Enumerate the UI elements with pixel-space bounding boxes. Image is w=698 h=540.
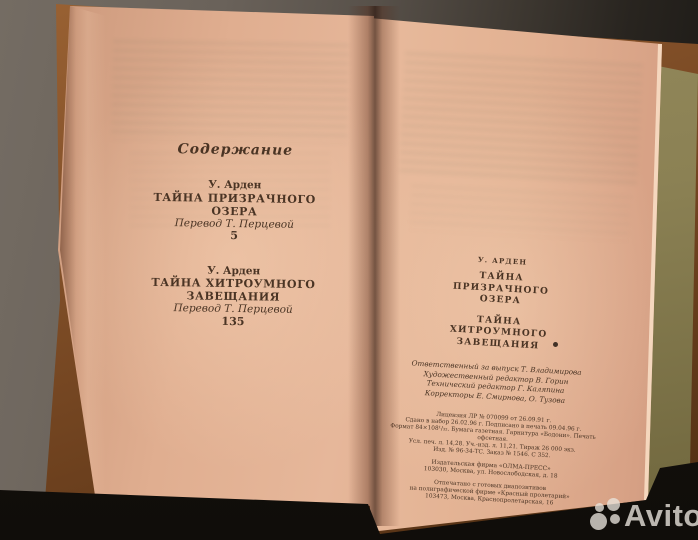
avito-logo-icon: [607, 498, 620, 511]
avito-logo-icon: [610, 514, 620, 524]
colophon: У. АРДЕН ТАЙНА ПРИЗРАЧНОГО ОЗЕРА ТАЙНА Х…: [376, 250, 616, 510]
toc-entry: У. Арден ТАЙНА ПРИЗРАЧНОГО ОЗЕРА Перевод…: [128, 178, 341, 244]
toc-entry-page-number: 135: [127, 314, 339, 329]
credits-block: Ответственный за выпуск Т. Владимирова Х…: [382, 357, 610, 408]
avito-watermark: Avito: [586, 496, 698, 540]
imprint-block: Лицензия ЛР № 070099 от 26.09.91 г. Сдан…: [379, 409, 607, 463]
book-photo: Содержание У. Арден ТАЙНА ПРИЗРАЧНОГО ОЗ…: [0, 0, 698, 540]
toc-heading: Содержание: [129, 141, 341, 160]
gutter-shadow: [348, 6, 400, 526]
toc-entry-page-number: 5: [128, 229, 340, 244]
toc-entry-title: ТАЙНА ПРИЗРАЧНОГО ОЗЕРА: [128, 190, 340, 219]
ink-speck: [553, 342, 558, 347]
avito-wordmark: Avito: [624, 498, 698, 534]
show-through-text: [111, 40, 349, 144]
book-title-testament: ТАЙНА ХИТРОУМНОГО ЗАВЕЩАНИЯ: [385, 309, 613, 356]
book-title-lake: ТАЙНА ПРИЗРАЧНОГО ОЗЕРА: [387, 266, 615, 313]
toc-entry-title: ТАЙНА ХИТРОУМНОГО ЗАВЕЩАНИЯ: [127, 276, 339, 305]
avito-logo-icon: [590, 513, 607, 530]
show-through-text: [399, 52, 643, 186]
toc-entry: У. Арден ТАЙНА ХИТРОУМНОГО ЗАВЕЩАНИЯ Пер…: [127, 263, 340, 329]
avito-logo-icon: [595, 503, 604, 512]
table-of-contents: Содержание У. Арден ТАЙНА ПРИЗРАЧНОГО ОЗ…: [127, 141, 342, 352]
